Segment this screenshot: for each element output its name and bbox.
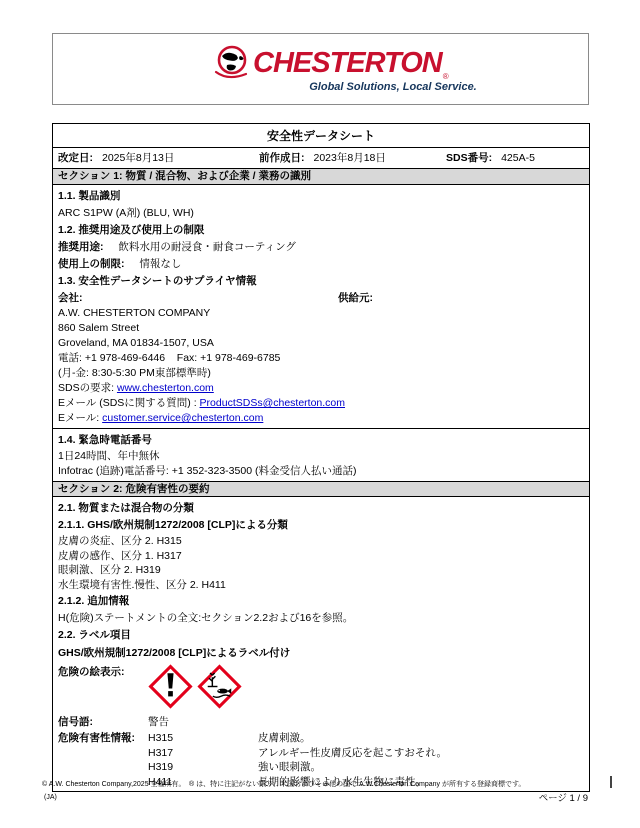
signal-word-label: 信号語:	[58, 713, 148, 731]
previous-date-value: 2023年8月18日	[314, 152, 386, 164]
hazard-code: H317	[148, 746, 258, 761]
language-code: (JA)	[44, 794, 57, 801]
clp-labelling-title: GHS/欧州規制1272/2008 [CLP]によるラベル付け	[58, 644, 584, 662]
hazard-statements-label: 危険有害性情報:	[58, 731, 148, 746]
signal-word-value: 警告	[148, 713, 169, 731]
company-street: 860 Salem Street	[58, 321, 584, 336]
section1-header: セクション 1: 物質 / 混合物、および企業 / 業務の識別	[53, 169, 589, 185]
sds-page: CHESTERTON ® Global Solutions, Local Ser…	[0, 0, 640, 828]
use-restriction-row: 使用上の制限: 情報なし	[58, 256, 584, 273]
doc-meta-row: 改定日:2025年8月13日 前作成日:2023年8月18日 SDS番号:425…	[53, 148, 589, 169]
hazard-statement-row: H319 強い眼刺激。	[58, 760, 584, 775]
heading-1-3: 1.3. 安全性データシートのサプライヤ情報	[58, 273, 584, 290]
logo-box: CHESTERTON ® Global Solutions, Local Ser…	[52, 33, 589, 105]
sds-request-link[interactable]: www.chesterton.com	[117, 382, 214, 394]
brand-tagline: Global Solutions, Local Service.	[288, 81, 498, 93]
supplier-label: 供給元:	[338, 290, 373, 306]
section1-body: 1.1. 製品識別 ARC S1PW (A剤) (BLU, WH) 1.2. 推…	[53, 185, 589, 428]
email-service-label: Eメール:	[58, 412, 102, 424]
infotrac-line: Infotrac (追跡)電話番号: +1 352-323-3500 (料金受信…	[58, 464, 584, 479]
recommended-use-value: 飲料水用の耐浸食・耐食コーティング	[118, 241, 295, 253]
section2-header: セクション 2: 危険有害性の要約	[53, 481, 589, 497]
recommended-use-label: 推奨用途:	[58, 241, 104, 253]
heading-2-1: 2.1. 物質または混合物の分類	[58, 500, 584, 517]
email-service-row: Eメール: customer.service@chesterton.com	[58, 411, 584, 426]
hazard-text: 皮膚刺激。	[258, 731, 311, 746]
hazard-statement-row: 危険有害性情報: H315 皮膚刺激。	[58, 731, 584, 746]
sds-request-row: SDSの要求: www.chesterton.com	[58, 381, 584, 396]
sds-number-value: 425A-5	[501, 152, 535, 164]
signal-word-row: 信号語: 警告	[58, 713, 584, 731]
hazard-code: H319	[148, 760, 258, 775]
page-number: ページ 1 / 9	[400, 790, 588, 804]
section2-body: 2.1. 物質または混合物の分類 2.1.1. GHS/欧州規制1272/200…	[53, 497, 589, 791]
heading-2-1-2: 2.1.2. 追加情報	[58, 592, 584, 610]
sds-table: 安全性データシート 改定日:2025年8月13日 前作成日:2023年8月18日…	[52, 123, 590, 792]
pictogram-label: 危険の絵表示:	[58, 664, 148, 709]
company-name: A.W. CHESTERTON COMPANY	[58, 306, 584, 321]
heading-2-2: 2.2. ラベル項目	[58, 626, 584, 644]
availability-line: 1日24時間、年中無休	[58, 449, 584, 464]
ghs07-exclamation-icon	[148, 664, 193, 709]
email-service-link[interactable]: customer.service@chesterton.com	[102, 412, 263, 424]
hazard-text: アレルギー性皮膚反応を起こすおそれ。	[258, 746, 447, 761]
sds-request-label: SDSの要求:	[58, 382, 117, 394]
company-label: 会社:	[58, 292, 83, 304]
ghs09-environment-icon	[197, 664, 242, 709]
phone-fax-line: 電話: +1 978-469-6446 Fax: +1 978-469-6785	[58, 351, 584, 366]
doc-title: 安全性データシート	[53, 124, 589, 148]
use-restriction-label: 使用上の制限:	[58, 258, 125, 270]
email-sds-row: Eメール (SDSに関する質問) : ProductSDSs@chesterto…	[58, 396, 584, 411]
revision-date-value: 2025年8月13日	[102, 152, 174, 164]
heading-1-4: 1.4. 緊急時電話番号	[58, 432, 584, 449]
classification-line: 皮膚の炎症、区分 2. H315	[58, 534, 584, 549]
hazard-code: H315	[148, 731, 258, 746]
page-edge-mark	[610, 776, 612, 788]
company-supplier-row: 会社: 供給元:	[58, 290, 584, 306]
section1-4-body: 1.4. 緊急時電話番号 1日24時間、年中無休 Infotrac (追跡)電話…	[53, 428, 589, 481]
pictogram-row: 危険の絵表示:	[58, 664, 584, 709]
heading-1-2: 1.2. 推奨用途及び使用上の制限	[58, 222, 584, 239]
additional-info-line: H(危険)ステートメントの全文:セクション2.2および16を参照。	[58, 610, 584, 626]
copyright-line: © A.W. Chesterton Company,2025 全権所有。 ® は…	[42, 780, 594, 789]
office-hours-line: (月-金: 8:30-5:30 PM東部標準時)	[58, 366, 584, 381]
email-sds-label: Eメール (SDSに関する質問) :	[58, 397, 200, 409]
heading-2-1-1: 2.1.1. GHS/欧州規制1272/2008 [CLP]による分類	[58, 517, 584, 534]
brand-wordmark: CHESTERTON	[253, 49, 442, 78]
hazard-text: 強い眼刺激。	[258, 760, 321, 775]
previous-date-label: 前作成日:	[259, 152, 305, 164]
use-restriction-value: 情報なし	[139, 258, 181, 270]
globe-icon	[213, 43, 253, 83]
company-city: Groveland, MA 01834-1507, USA	[58, 336, 584, 351]
sds-number-label: SDS番号:	[446, 152, 492, 164]
heading-1-1: 1.1. 製品識別	[58, 188, 584, 205]
classification-line: 皮膚の感作、区分 1. H317	[58, 549, 584, 564]
email-sds-link[interactable]: ProductSDSs@chesterton.com	[200, 397, 345, 409]
revision-date-label: 改定日:	[58, 152, 93, 164]
product-name: ARC S1PW (A剤) (BLU, WH)	[58, 205, 584, 222]
hazard-statement-row: H317 アレルギー性皮膚反応を起こすおそれ。	[58, 746, 584, 761]
classification-line: 水生環境有害性.慢性、区分 2. H411	[58, 578, 584, 593]
registered-mark: ®	[443, 72, 449, 81]
recommended-use-row: 推奨用途: 飲料水用の耐浸食・耐食コーティング	[58, 239, 584, 256]
classification-line: 眼刺激、区分 2. H319	[58, 563, 584, 578]
